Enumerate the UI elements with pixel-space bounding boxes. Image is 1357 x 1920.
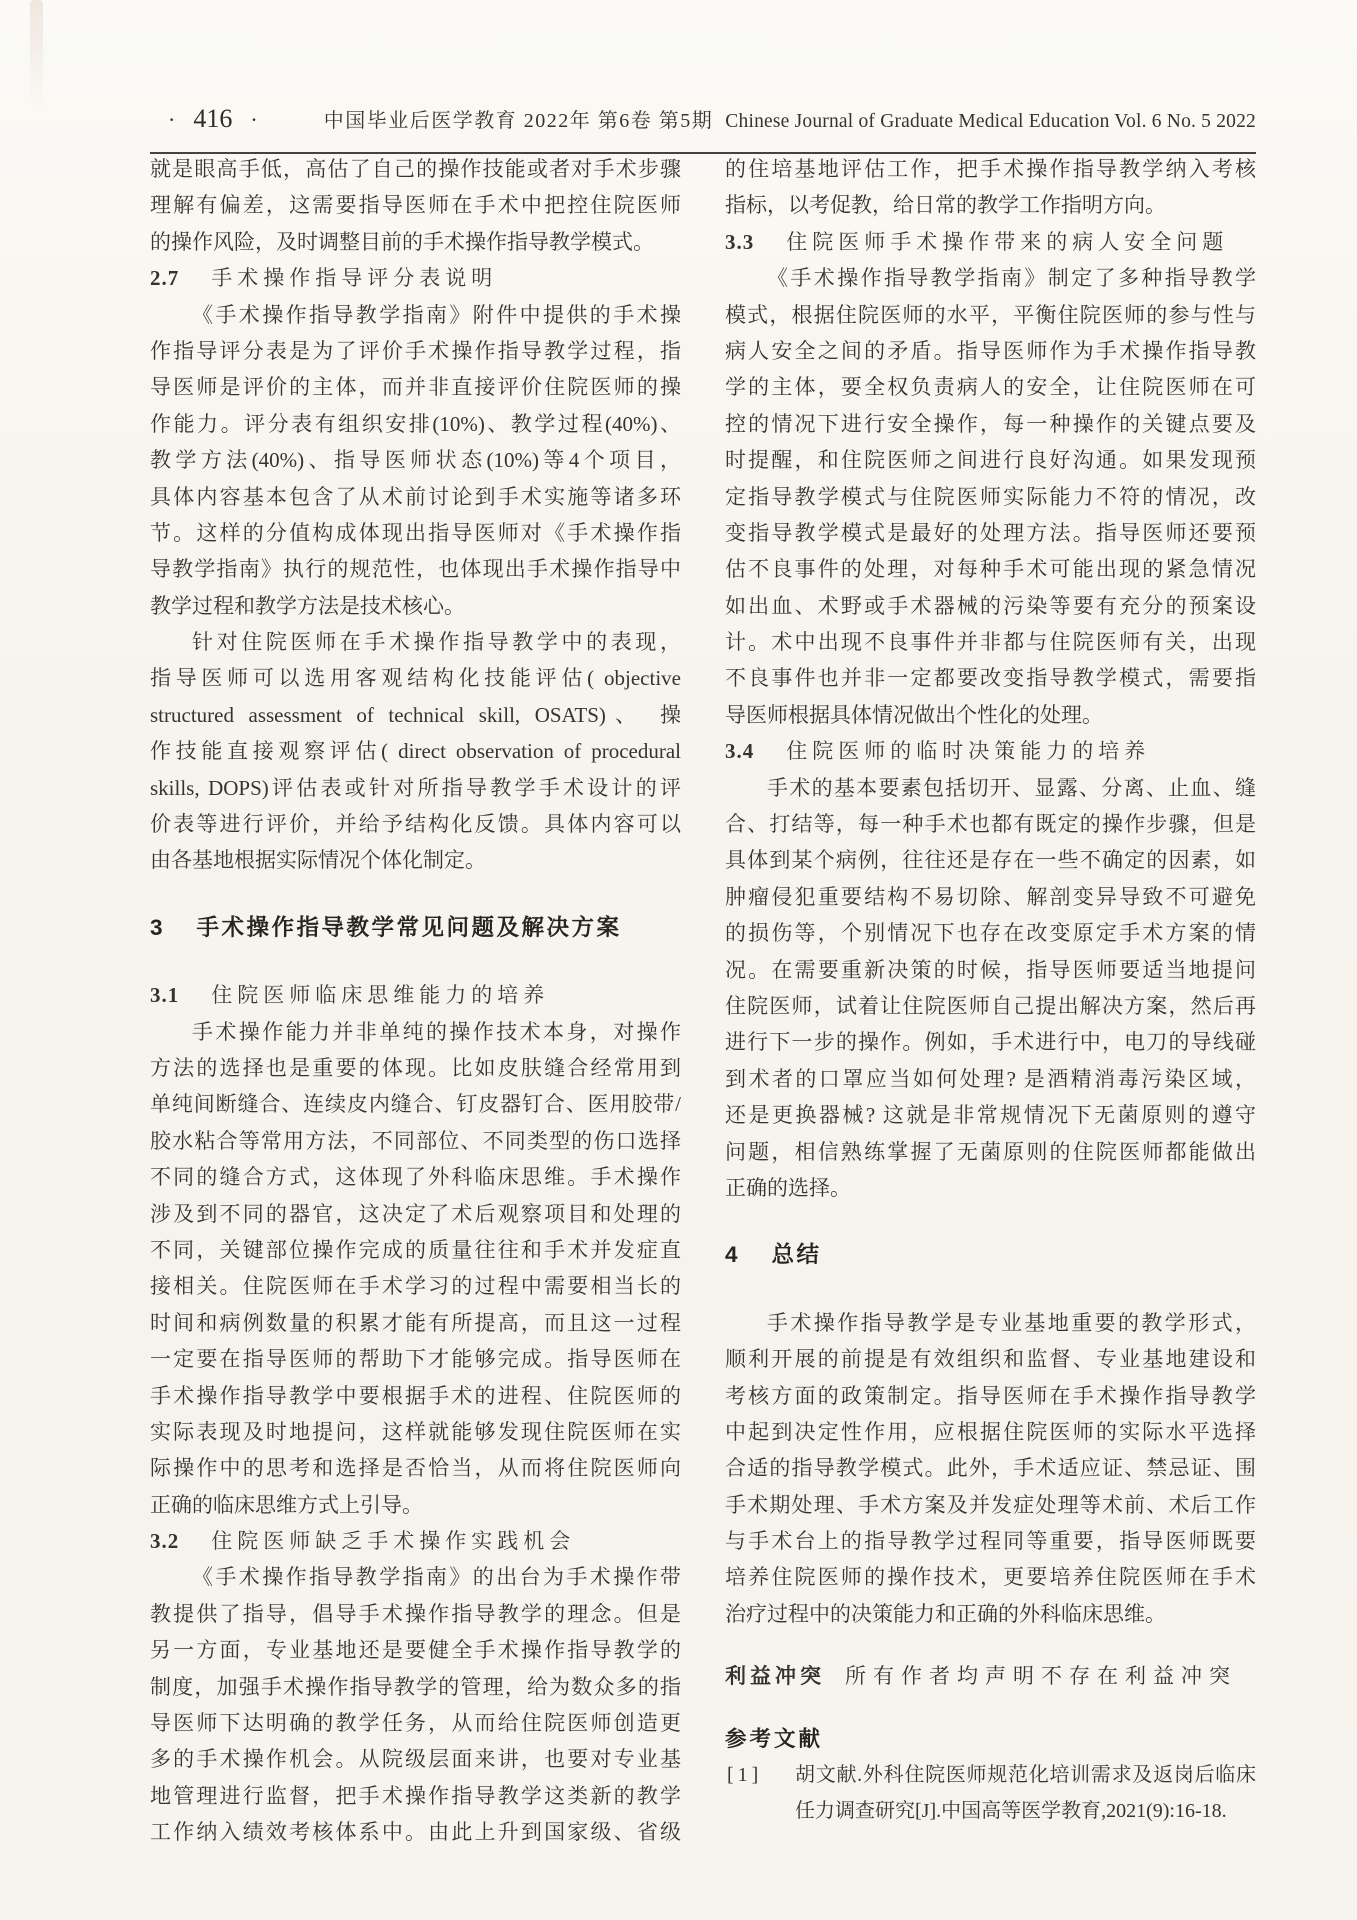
section-heading: 3手术操作指导教学常见问题及解决方案 <box>150 910 681 946</box>
text-line: 具体内容基本包含了从术前讨论到手术实施等诸多环 <box>150 479 681 515</box>
subsection-title: 住院医师缺乏手术操作实践机会 <box>211 1523 575 1559</box>
section-number: 4 <box>725 1237 738 1273</box>
text-line: 教学过程和教学方法是技术核心。 <box>150 588 681 624</box>
text-line: 地管理进行监督，把手术操作指导教学这类新的教学 <box>150 1778 681 1814</box>
text-line: 时间和病例数量的积累才能有所提高，而且这一过程 <box>150 1305 681 1341</box>
text-line: 住院医师，试着让住院医师自己提出解决方案，然后再 <box>725 988 1256 1024</box>
page-number-right-dot: · <box>232 107 275 132</box>
reference-item: [1]胡文献.外科住院医师规范化培训需求及返岗后临床胜 <box>725 1757 1256 1793</box>
text-line: 一定要在指导医师的帮助下才能够完成。指导医师在 <box>150 1341 681 1377</box>
references-heading: 参考文献 <box>725 1721 1256 1757</box>
section-title: 总结 <box>772 1237 822 1273</box>
text-line: 手术的基本要素包括切开、显露、分离、止血、缝 <box>725 770 1256 806</box>
text-line: 学的主体，要全权负责病人的安全，让住院医师在可 <box>725 369 1256 405</box>
text-line: 教学方法(40%)、指导医师状态(10%)等4个项目， <box>150 442 681 478</box>
subsection-number: 2.7 <box>150 260 179 296</box>
text-line: 作能力。评分表有组织安排(10%)、教学过程(40%)、 <box>150 406 681 442</box>
text-line: 的损伤等，个别情况下也存在改变原定手术方案的情 <box>725 915 1256 951</box>
text-line: 导医师下达明确的教学任务，从而给住院医师创造更 <box>150 1705 681 1741</box>
text-line: 病人安全之间的矛盾。指导医师作为手术操作指导教 <box>725 333 1256 369</box>
subsection-heading: 3.2住院医师缺乏手术操作实践机会 <box>150 1523 681 1559</box>
text-line: 多的手术操作机会。从院级层面来讲，也要对专业基 <box>150 1741 681 1777</box>
text-line: 顺利开展的前提是有效组织和监督、专业基地建设和 <box>725 1341 1256 1377</box>
text-line: 不同，关键部位操作完成的质量往往和手术并发症直 <box>150 1232 681 1268</box>
text-line: 正确的选择。 <box>725 1170 1256 1206</box>
text-line: 合适的指导教学模式。此外，手术适应证、禁忌证、围 <box>725 1450 1256 1486</box>
text-line: 进行下一步的操作。例如，手术进行中，电刀的导线碰 <box>725 1024 1256 1060</box>
subsection-number: 3.3 <box>725 224 754 260</box>
text-line: 指导医师可以选用客观结构化技能评估( objective <box>150 660 681 696</box>
subsection-title: 住院医师手术操作带来的病人安全问题 <box>786 224 1228 260</box>
reference-number: [1] <box>727 1757 762 1793</box>
text-line: 工作纳入绩效考核体系中。由此上升到国家级、省级 <box>150 1814 681 1850</box>
section-heading: 4总结 <box>725 1237 1256 1273</box>
text-line: 单纯间断缝合、连续皮内缝合、钉皮器钉合、医用胶带/ <box>150 1086 681 1122</box>
text-line: 还是更换器械? 这就是非常规情况下无菌原则的遵守 <box>725 1097 1256 1133</box>
text-line: 《手术操作指导教学指南》的出台为手术操作带 <box>150 1559 681 1595</box>
conflict-of-interest-label: 利益冲突 <box>725 1658 825 1694</box>
page-number: 416 <box>193 104 232 133</box>
text-line: 就是眼高手低，高估了自己的操作技能或者对手术步骤 <box>150 151 681 187</box>
text-line: 方法的选择也是重要的体现。比如皮肤缝合经常用到 <box>150 1050 681 1086</box>
text-line: 针对住院医师在手术操作指导教学中的表现， <box>150 624 681 660</box>
subsection-title: 住院医师的临时决策能力的培养 <box>786 733 1150 769</box>
text-line: 手术期处理、手术方案及并发症处理等术前、术后工作 <box>725 1487 1256 1523</box>
text-line: 《手术操作指导教学指南》附件中提供的手术操 <box>150 297 681 333</box>
subsection-heading: 2.7手术操作指导评分表说明 <box>150 260 681 296</box>
text-line: 作指导评分表是为了评价手术操作指导教学过程，指 <box>150 333 681 369</box>
scan-artifact <box>30 0 43 110</box>
text-line: 另一方面，专业基地还是要健全手术操作指导教学的 <box>150 1632 681 1668</box>
text-line: 培养住院医师的操作技术，更要培养住院医师在手术 <box>725 1559 1256 1595</box>
reference-item-continuation: 任力调查研究[J].中国高等医学教育,2021(9):16-18. <box>725 1793 1256 1829</box>
text-line: 正确的临床思维方式上引导。 <box>150 1487 681 1523</box>
page-number-block: ·416· <box>150 104 276 134</box>
text-line: 问题，相信熟练掌握了无菌原则的住院医师都能做出 <box>725 1134 1256 1170</box>
text-line: 理解有偏差，这需要指导医师在手术中把控住院医师 <box>150 187 681 223</box>
text-line: 际操作中的思考和选择是否恰当，从而将住院医师向 <box>150 1450 681 1486</box>
page-header: ·416· 中国毕业后医学教育 2022年 第6卷 第5期Chinese Jou… <box>150 104 1256 134</box>
text-line: 模式，根据住院医师的水平，平衡住院医师的参与性与 <box>725 297 1256 333</box>
text-line: 由各基地根据实际情况个体化制定。 <box>150 842 681 878</box>
text-line: 与手术台上的指导教学过程同等重要，指导医师既要 <box>725 1523 1256 1559</box>
journal-page: { "theme": { "paper": "#f7f5ef", "ink": … <box>0 0 1357 1920</box>
text-line: 价表等进行评价，并给予结构化反馈。具体内容可以 <box>150 806 681 842</box>
right-column: 的住培基地评估工作，把手术操作指导教学纳入考核指标，以考促教，给日常的教学工作指… <box>725 151 1256 1830</box>
text-line: 肿瘤侵犯重要结构不易切除、解剖变异导致不可避免 <box>725 879 1256 915</box>
subsection-heading: 3.4住院医师的临时决策能力的培养 <box>725 733 1256 769</box>
text-line: 如出血、术野或手术器械的污染等要有充分的预案设 <box>725 588 1256 624</box>
text-line: 控的情况下进行安全操作，每一种操作的关键点要及 <box>725 406 1256 442</box>
subsection-number: 3.2 <box>150 1523 179 1559</box>
text-line: 导医师是评价的主体，而并非直接评价住院医师的操 <box>150 369 681 405</box>
subsection-heading: 3.3住院医师手术操作带来的病人安全问题 <box>725 224 1256 260</box>
subsection-title: 住院医师临床思维能力的培养 <box>211 977 549 1013</box>
text-line: 变指导教学模式是最好的处理方法。指导医师还要预 <box>725 515 1256 551</box>
text-line: 制度，加强手术操作指导教学的管理，给为数众多的指 <box>150 1669 681 1705</box>
text-line: 治疗过程中的决策能力和正确的外科临床思维。 <box>725 1596 1256 1632</box>
text-line: 《手术操作指导教学指南》制定了多种指导教学 <box>725 260 1256 296</box>
section-number: 3 <box>150 910 163 946</box>
text-line: 的操作风险，及时调整目前的手术操作指导教学模式。 <box>150 224 681 260</box>
journal-title-chinese: 中国毕业后医学教育 2022年 第6卷 第5期 <box>324 110 714 132</box>
text-line: 手术操作能力并非单纯的操作技术本身，对操作 <box>150 1014 681 1050</box>
page-number-left-dot: · <box>150 107 193 132</box>
text-line: 实际表现及时地提问，这样就能够发现住院医师在实 <box>150 1414 681 1450</box>
text-line: 考核方面的政策制定。指导医师在手术操作指导教学 <box>725 1378 1256 1414</box>
left-column: 就是眼高手低，高估了自己的操作技能或者对手术步骤理解有偏差，这需要指导医师在手术… <box>150 151 681 1851</box>
text-line: 时提醒，和住院医师之间进行良好沟通。如果发现预 <box>725 442 1256 478</box>
text-line: 作技能直接观察评估( direct observation of procedu… <box>150 733 681 769</box>
text-line: 手术操作指导教学中要根据手术的进程、住院医师的 <box>150 1378 681 1414</box>
subsection-heading: 3.1住院医师临床思维能力的培养 <box>150 977 681 1013</box>
text-line: 的住培基地评估工作，把手术操作指导教学纳入考核 <box>725 151 1256 187</box>
subsection-number: 3.4 <box>725 733 754 769</box>
text-line: 不同的缝合方式，这体现了外科临床思维。手术操作 <box>150 1159 681 1195</box>
text-line: 中起到决定性作用，应根据住院医师的实际水平选择 <box>725 1414 1256 1450</box>
text-line: 节。这样的分值构成体现出指导医师对《手术操作指 <box>150 515 681 551</box>
text-line: 教提供了指导，倡导手术操作指导教学的理念。但是 <box>150 1596 681 1632</box>
journal-title: 中国毕业后医学教育 2022年 第6卷 第5期Chinese Journal o… <box>324 104 1256 133</box>
text-line: 指标，以考促教，给日常的教学工作指明方向。 <box>725 187 1256 223</box>
text-line: 涉及到不同的器官，这决定了术后观察项目和处理的 <box>150 1196 681 1232</box>
subsection-number: 3.1 <box>150 977 179 1013</box>
text-line: 不良事件也并非一定都要改变指导教学模式，需要指 <box>725 660 1256 696</box>
text-line: 估不良事件的处理，对每种手术可能出现的紧急情况 <box>725 551 1256 587</box>
subsection-title: 手术操作指导评分表说明 <box>211 260 497 296</box>
text-line: 况。在需要重新决策的时候，指导医师要适当地提问 <box>725 952 1256 988</box>
text-line: skills, DOPS)评估表或针对所指导教学手术设计的评 <box>150 770 681 806</box>
text-line: 手术操作指导教学是专业基地重要的教学形式， <box>725 1305 1256 1341</box>
text-line: 到术者的口罩应当如何处理? 是酒精消毒污染区域， <box>725 1061 1256 1097</box>
conflict-of-interest-line: 利益冲突所有作者均声明不存在利益冲突 <box>725 1658 1256 1694</box>
text-line: 计。术中出现不良事件并非都与住院医师有关，出现 <box>725 624 1256 660</box>
section-title: 手术操作指导教学常见问题及解决方案 <box>197 910 622 946</box>
conflict-of-interest-text: 所有作者均声明不存在利益冲突 <box>845 1658 1237 1694</box>
text-line: 合、打结等，每一种手术也都有既定的操作步骤，但是 <box>725 806 1256 842</box>
text-line: structured assessment of technical skill… <box>150 697 681 733</box>
text-line: 定指导教学模式与住院医师实际能力不符的情况，改 <box>725 479 1256 515</box>
text-line: 接相关。住院医师在手术学习的过程中需要相当长的 <box>150 1268 681 1304</box>
text-line: 胶水粘合等常用方法，不同部位、不同类型的伤口选择 <box>150 1123 681 1159</box>
journal-title-english: Chinese Journal of Graduate Medical Educ… <box>725 111 1256 132</box>
text-line: 导医师根据具体情况做出个性化的处理。 <box>725 697 1256 733</box>
text-line: 具体到某个病例，往往还是存在一些不确定的因素，如 <box>725 842 1256 878</box>
text-line: 导教学指南》执行的规范性，也体现出手术操作指导中 <box>150 551 681 587</box>
